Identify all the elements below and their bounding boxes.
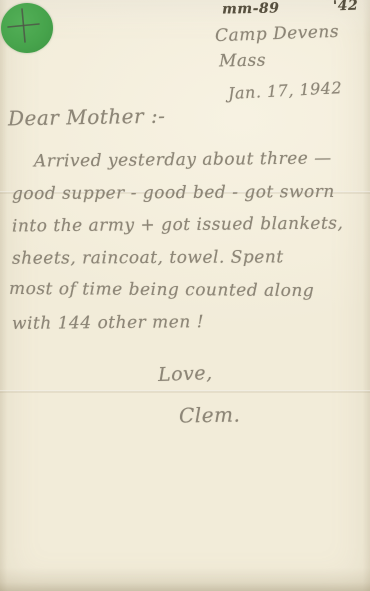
body-line: Arrived yesterday about three — — [34, 148, 332, 171]
corner-year-mark: '42 — [333, 0, 359, 14]
heading-camp: Camp Devens — [215, 22, 340, 46]
letter-page: mm-89 '42 Camp Devens Mass Jan. 17, 1942… — [0, 0, 370, 591]
heading-date: Jan. 17, 1942 — [228, 78, 343, 103]
body-line: sheets, raincoat, towel. Spent — [12, 247, 284, 268]
salutation: Dear Mother :- — [8, 104, 166, 131]
green-dot-sticker — [1, 3, 53, 53]
heading-state: Mass — [219, 51, 266, 72]
body-line: with 144 other men ! — [12, 312, 204, 334]
body-line: most of time being counted along — [9, 279, 314, 301]
catalog-number: mm-89 — [222, 1, 280, 18]
closing: Love, — [158, 362, 213, 386]
body-line: into the army + got issued blankets, — [12, 214, 344, 237]
signature: Clem. — [179, 402, 241, 427]
fold-crease-bottom — [0, 390, 370, 393]
body-line: good supper - good bed - got sworn — [12, 182, 335, 204]
plus-mark-icon — [1, 3, 53, 53]
